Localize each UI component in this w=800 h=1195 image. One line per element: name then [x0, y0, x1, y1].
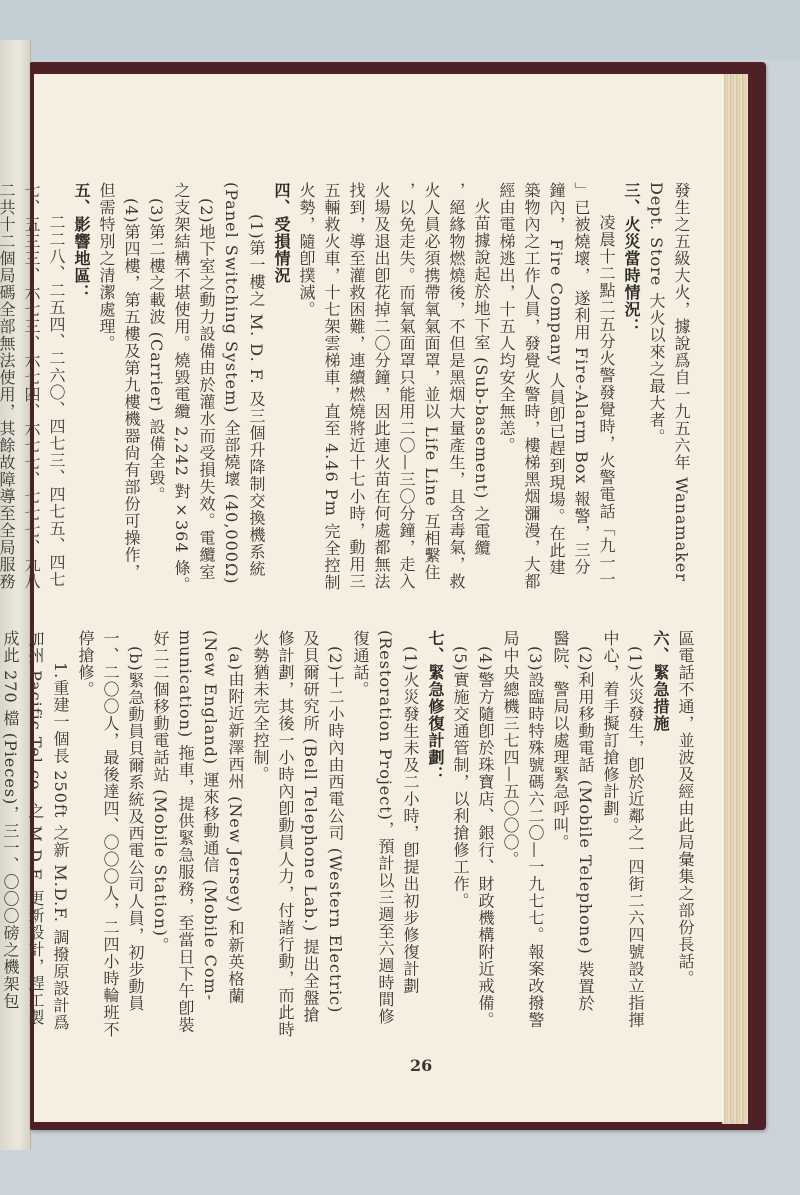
- section-heading: 六、緊急措施: [648, 630, 673, 1060]
- text-column: (New England) 運來移動通信 (Mobile Com-: [198, 630, 223, 1060]
- text-column: 好二二個移動電話站 (Mobile Station)。: [148, 630, 173, 1060]
- text-column: (a)由附近新澤西州 (New Jersey) 和新英格蘭: [223, 630, 248, 1060]
- page-edges: [722, 74, 748, 1124]
- text-column: (Restoration Project)，預計以三週至六週時間修: [373, 630, 398, 1060]
- text-column: (3)設臨時特殊號碼六二〇—一九七七。報案改撥警: [523, 630, 548, 1060]
- text-column: 七、五三三、六七三、六七四、六七七、七七七、九八: [19, 182, 44, 622]
- text-column: 局中央總機三七四—五〇〇〇。: [498, 630, 523, 1060]
- text-column: 火勢猶未完全控制。: [248, 630, 273, 1060]
- text-column: 1.重建一個長 250ft 之新 M.D.F. 調撥原設計爲: [48, 630, 73, 1060]
- section-heading: 七、緊急修復計劃：: [423, 630, 448, 1060]
- text-column: 火勢，隨卽撲滅。: [294, 182, 319, 622]
- text-column: (Panel Switching System) 全部燒壞 (40,000Ω): [219, 182, 244, 622]
- text-column: (4)第四樓，第五樓及第九樓機器尙有部份可操作，: [119, 182, 144, 622]
- text-column: Dept. Store 大火以來之最大者。: [644, 182, 669, 622]
- text-column: 」已被燒壞， 遂利用 Fire-Alarm Box 報警，三分: [569, 182, 594, 622]
- text-column: 五輛救火車，十七架雲梯車，直至 4.46 Pm 完全控制: [319, 182, 344, 622]
- text-column: munication) 拖車，提供緊急服務，至當日下午卽裝: [173, 630, 198, 1060]
- text-column: 二共十二個局碼全部無法使用，其餘故障導至全局服務: [0, 182, 19, 622]
- text-column: (2)利用移動電話 (Mobile Telephone) 裝置於: [573, 630, 598, 1060]
- text-column: (2)十二小時內由西電公司 (Western Electric): [323, 630, 348, 1060]
- text-column: 經由電梯逃出，十五人均安全無恙。: [494, 182, 519, 622]
- text-column: 中心，着手擬訂搶修計劃。: [598, 630, 623, 1060]
- text-column: 二二八、二五四、二六〇、四七三、四七五、四七: [44, 182, 69, 622]
- text-column: 發生之五級大火，據說爲自一九五六年 Wanamaker: [669, 182, 694, 622]
- text-column: (1)第一樓之 M. D. F. 及三個升降制交換機系統: [244, 182, 269, 622]
- text-column: (3)第二樓之載波 (Carrier) 設備全毀。: [144, 182, 169, 622]
- text-column: 停搶修。: [73, 630, 98, 1060]
- text-column: (5)實施交通管制，以利搶修工作。: [448, 630, 473, 1060]
- text-column: 加州 Pacific Tel.co. 之 M.D.F. 更新設計，趕工製: [23, 630, 48, 1060]
- text-column: ，絕緣物燃燒後，不但是黑烟大量產生，且含毒氣，救: [444, 182, 469, 622]
- text-column: 凌晨十二點二五分火警發覺時，火警電話「九一一: [594, 182, 619, 622]
- book-page: 發生之五級大火，據說爲自一九五六年 WanamakerDept. Store 大…: [34, 74, 724, 1122]
- text-column: 但需特別之清潔處理。: [94, 182, 119, 622]
- text-column: 火人員必須携帶氧氣面罩，並以 Life Line 互相繫住: [419, 182, 444, 622]
- section-heading: 五、影響地區：: [69, 182, 94, 622]
- text-column: (1)火災發生未及二小時，卽提出初步修復計劃: [398, 630, 423, 1060]
- background: [0, 0, 800, 60]
- text-column: (b)緊急動員貝爾系統及西電公司人員，初步動員: [123, 630, 148, 1060]
- page-number: 26: [410, 1056, 432, 1075]
- text-column: 火苗據說起於地下室 (Sub-basement) 之電纜: [469, 182, 494, 622]
- text-column: 鐘內， Fire Company 人員卽已趕到現場。在此建: [544, 182, 569, 622]
- lower-text-band: 區電話不通，並波及經由此局彙集之部份長話。六、緊急措施(1)火災發生，卽於近鄰之…: [0, 630, 698, 1060]
- section-heading: 四、受損情況: [269, 182, 294, 622]
- upper-text-band: 發生之五級大火，據說爲自一九五六年 WanamakerDept. Store 大…: [0, 182, 694, 622]
- text-column: 修計劃，其後一小時內卽動員人力，付諸行動，而此時: [273, 630, 298, 1060]
- text-column: (4)警方隨卽於珠寶店、銀行、財政機構附近戒備。: [473, 630, 498, 1060]
- text-column: 成此 270 檔 (Pieces)，三一、〇〇〇磅之機架包: [0, 630, 23, 1060]
- text-column: 區電話不通，並波及經由此局彙集之部份長話。: [673, 630, 698, 1060]
- text-column: 醫院、警局以處理緊急呼叫。: [548, 630, 573, 1060]
- text-column: (1)火災發生，卽於近鄰之一四街二六四號設立指揮: [623, 630, 648, 1060]
- text-column: 築物內之工作人員，發覺火警時，樓梯黑烟瀰漫，大都: [519, 182, 544, 622]
- text-column: 之支架結構不堪使用。燒毀電纜 2,242 對×364 條。: [169, 182, 194, 622]
- text-column: 及貝爾研究所 (Bell Telephone Lab.) 提出全盤搶: [298, 630, 323, 1060]
- text-column: ，以免走失。而氧氣面罩只能用二〇—三〇分鐘，走入: [394, 182, 419, 622]
- text-column: 火場及退出卽花掉二〇分鐘，因此連火苗在何處都無法: [369, 182, 394, 622]
- section-heading: 三、火災當時情況：: [619, 182, 644, 622]
- text-column: 找到，導至灌救困難，連續燃燒將近十七小時，動用三: [344, 182, 369, 622]
- text-column: 一、二〇〇人，最後達四、〇〇〇人，二四小時輪班不: [98, 630, 123, 1060]
- text-column: (2)地下室之動力設備由於灌水而受損失效。電纜室: [194, 182, 219, 622]
- text-column: 復通話。: [348, 630, 373, 1060]
